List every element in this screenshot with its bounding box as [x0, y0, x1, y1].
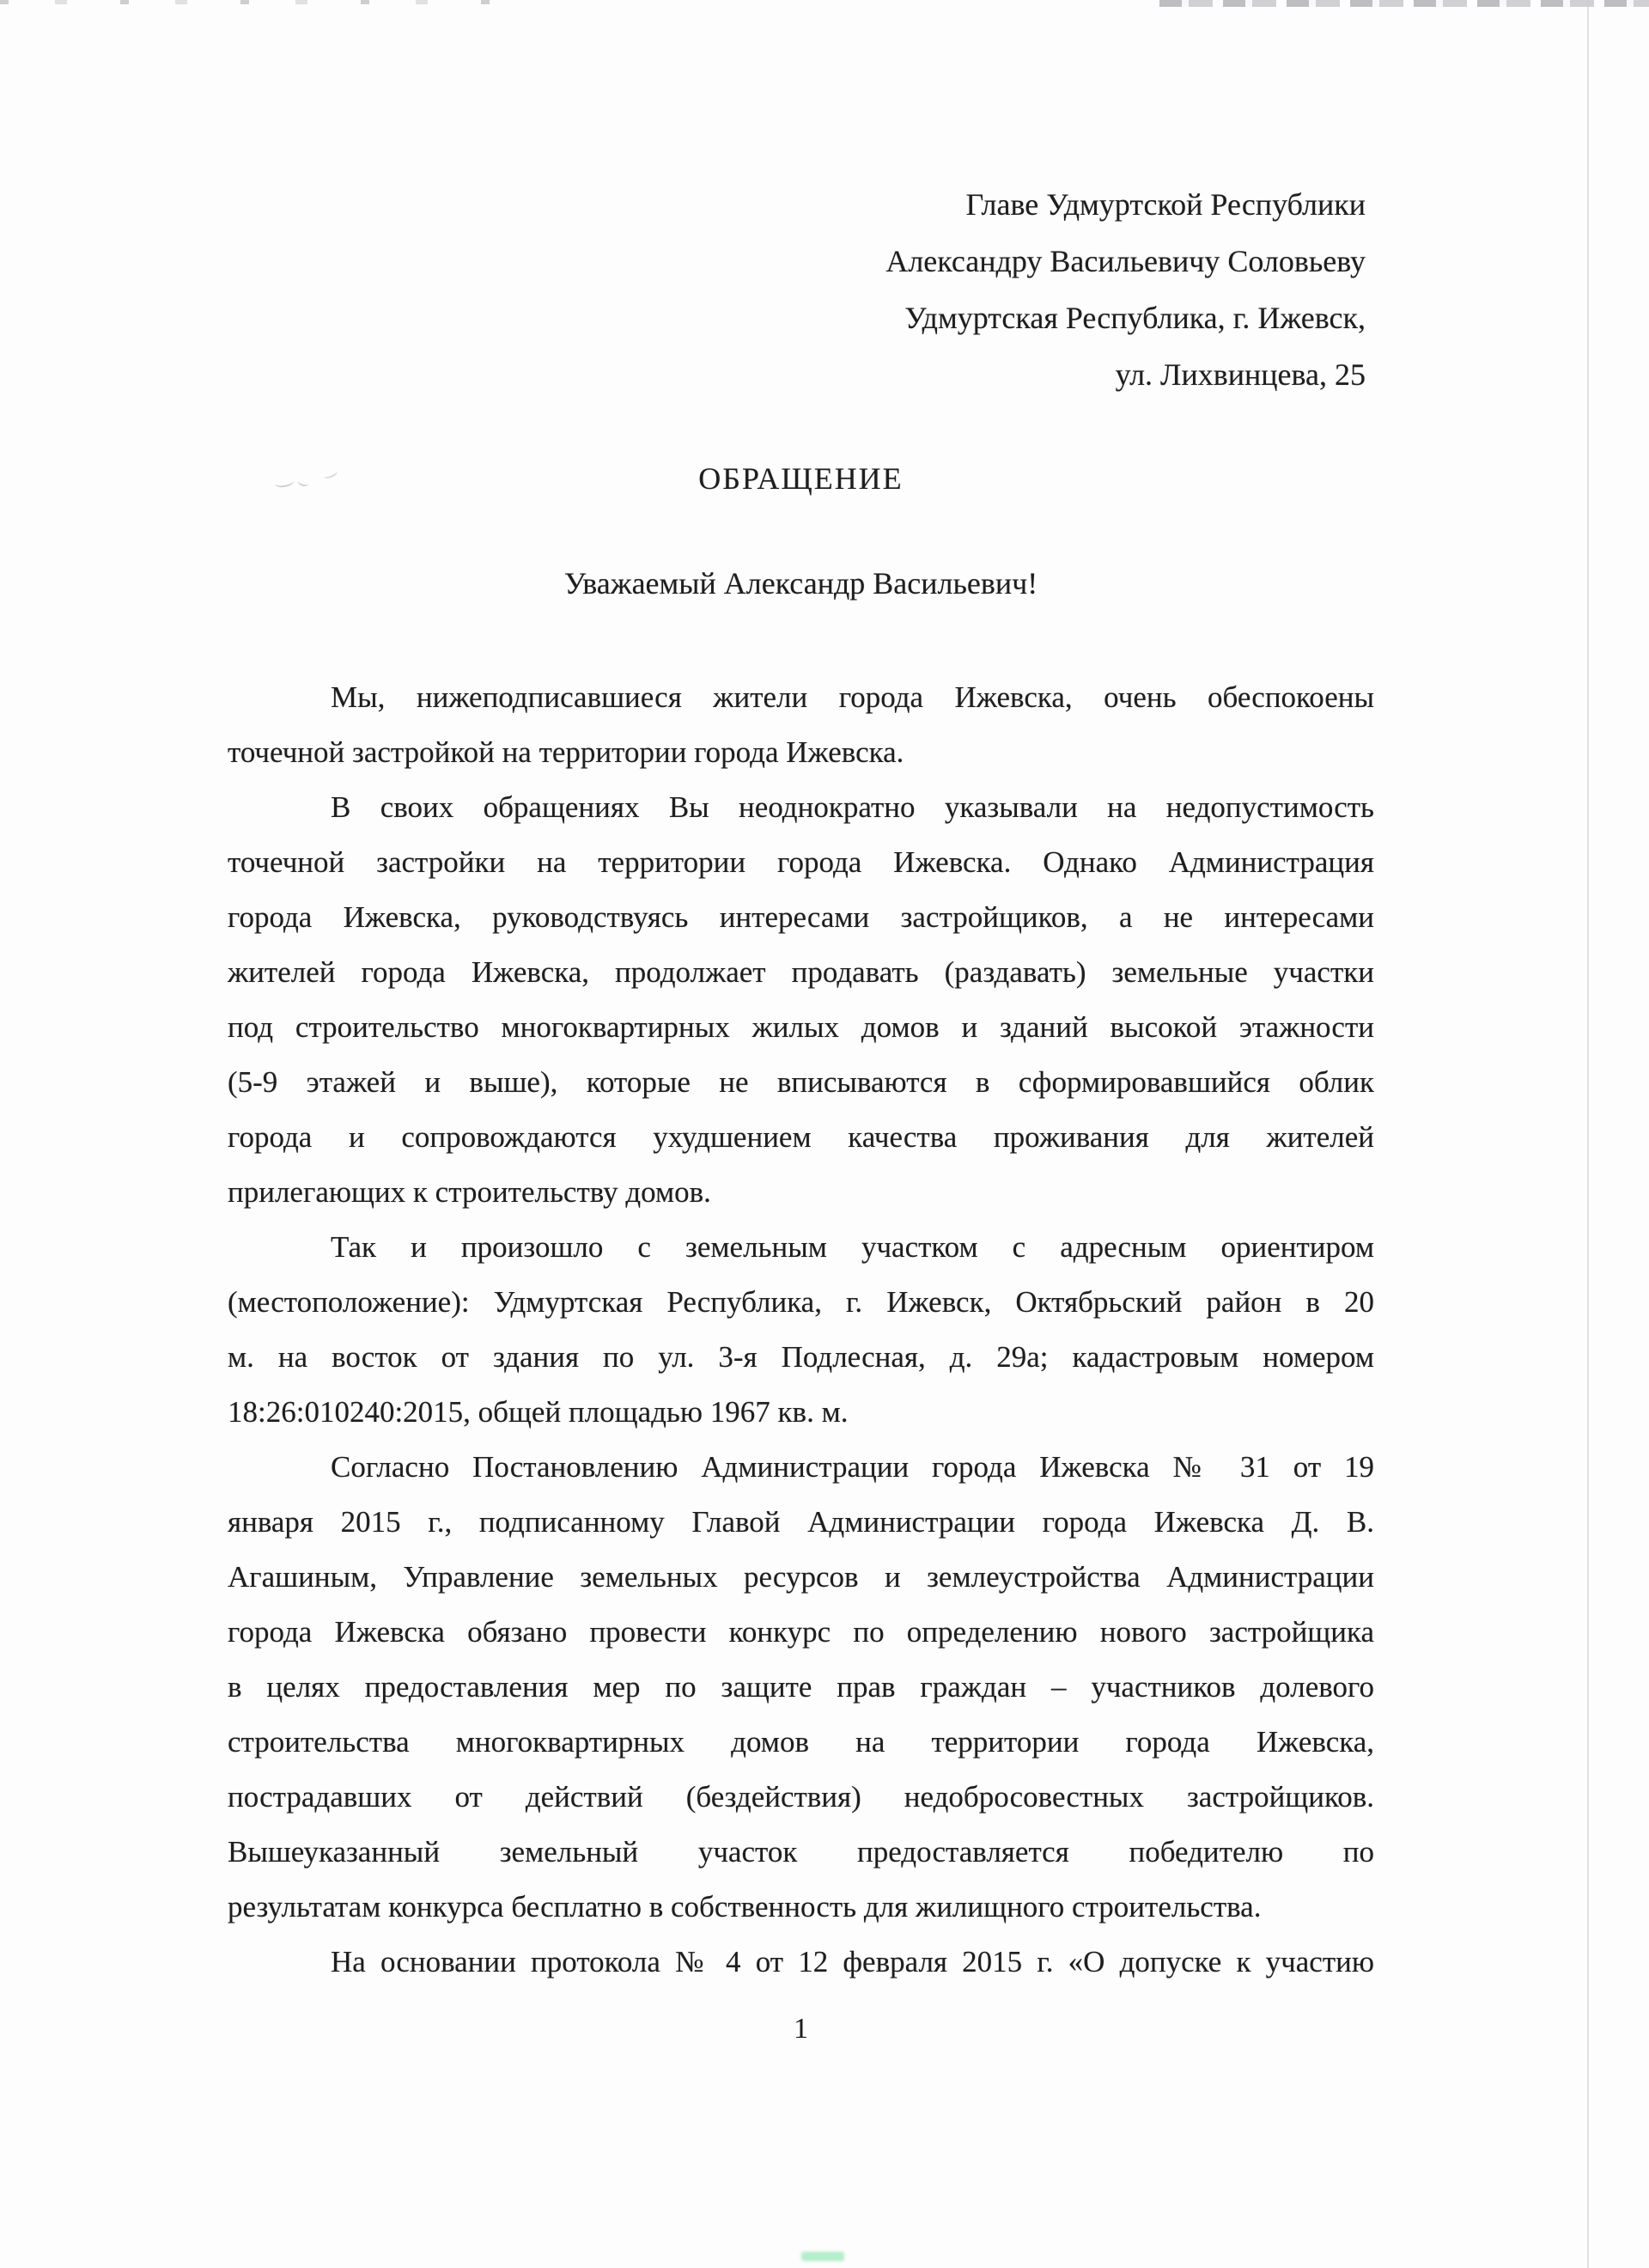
body-line: В своих обращениях Вы неоднократно указы… — [228, 780, 1374, 835]
body-line: точечной застройкой на территории города… — [228, 725, 1374, 780]
scan-edge-artifact-left — [0, 0, 498, 4]
body-line: Так и произошло с земельным участком с а… — [228, 1220, 1374, 1275]
scanned-letter-page: Главе Удмуртской Республики Александру В… — [0, 0, 1649, 2268]
document-title: ОБРАЩЕНИЕ — [228, 450, 1374, 507]
recipient-line: Удмуртская Республика, г. Ижевск, — [885, 290, 1366, 346]
body-line: жителей города Ижевска, продолжает прода… — [228, 945, 1374, 1000]
body-line: города и сопровождаются ухудшением качес… — [228, 1110, 1374, 1165]
body-line: Агашиным, Управление земельных ресурсов … — [228, 1550, 1374, 1605]
body-line: Согласно Постановлению Администрации гор… — [228, 1440, 1374, 1495]
body-line: точечной застройки на территории города … — [228, 835, 1374, 890]
page-number: 1 — [228, 2002, 1374, 2057]
body-line: строительства многоквартирных домов на т… — [228, 1715, 1374, 1770]
green-watermark — [801, 2252, 844, 2261]
body-line: (5-9 этажей и выше), которые не вписываю… — [228, 1055, 1374, 1110]
body-line: января 2015 г., подписанному Главой Адми… — [228, 1495, 1374, 1550]
body-line: прилегающих к строительству домов. — [228, 1165, 1374, 1220]
salutation: Уважаемый Александр Васильевич! — [228, 555, 1374, 612]
scan-edge-artifact-right — [1159, 0, 1649, 7]
body-line: под строительство многоквартирных жилых … — [228, 1000, 1374, 1055]
body-line: Мы, нижеподписавшиеся жители города Ижев… — [228, 670, 1374, 725]
scan-fold-line — [1587, 0, 1589, 2268]
body-line: пострадавших от действий (бездействия) н… — [228, 1770, 1374, 1825]
body-line: города Ижевска, руководствуясь интересам… — [228, 890, 1374, 945]
body-line: (местоположение): Удмуртская Республика,… — [228, 1275, 1374, 1330]
letter-body: Мы, нижеподписавшиеся жители города Ижев… — [228, 670, 1374, 1990]
body-line: м. на восток от здания по ул. 3-я Подлес… — [228, 1330, 1374, 1385]
body-line: На основании протокола № 4 от 12 февраля… — [228, 1935, 1374, 1990]
recipient-line: Александру Васильевичу Соловьеву — [885, 233, 1366, 290]
recipient-line: ул. Лихвинцева, 25 — [885, 346, 1366, 403]
body-line: результатам конкурса бесплатно в собстве… — [228, 1880, 1374, 1935]
recipient-block: Главе Удмуртской Республики Александру В… — [885, 176, 1366, 403]
body-line: города Ижевска обязано провести конкурс … — [228, 1605, 1374, 1660]
body-line: Вышеуказанный земельный участок предоста… — [228, 1825, 1374, 1880]
body-line: в целях предоставления мер по защите пра… — [228, 1660, 1374, 1715]
body-line: 18:26:010240:2015, общей площадью 1967 к… — [228, 1385, 1374, 1440]
recipient-line: Главе Удмуртской Республики — [885, 176, 1366, 233]
